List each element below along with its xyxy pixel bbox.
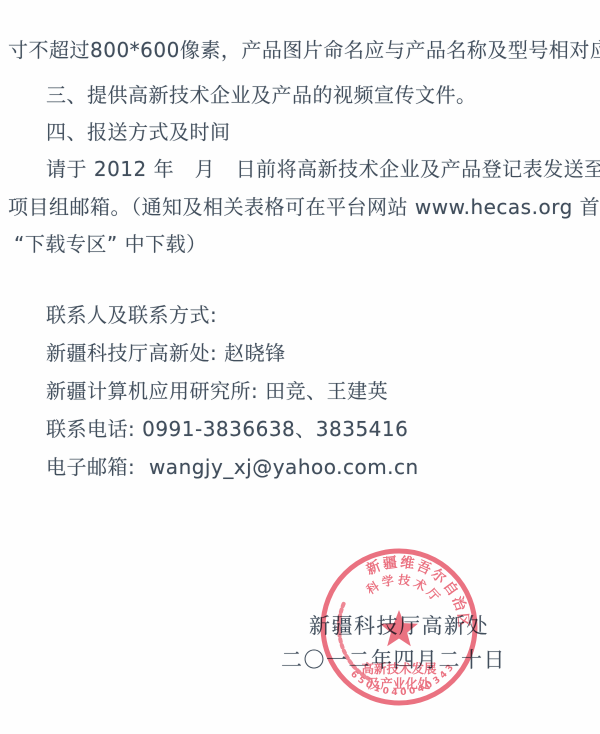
star-icon	[380, 610, 418, 646]
scanned-document-page: 寸不超过800*600像素，产品图片命名应与产品名称及型号相对应。 三、提供高新…	[0, 0, 600, 734]
contact-phone: 联系电话: 0991-3836638、3835416	[46, 417, 408, 441]
contact-email: 电子邮箱: wangjy_xj@yahoo.com.cn	[46, 455, 419, 479]
body-line: 四、报送方式及时间	[46, 120, 231, 144]
seal-department-line1: 高新技术发展	[361, 661, 437, 676]
body-line: 项目组邮箱。（通知及相关表格可在平台网站 www.hecas.org 首页	[8, 195, 600, 219]
body-line: 寸不超过800*600像素，产品图片命名应与产品名称及型号相对应。	[8, 38, 600, 62]
contact-person-1: 新疆科技厅高新处: 赵晓锋	[46, 341, 286, 365]
body-line: “下载专区” 中下载）	[14, 232, 207, 256]
body-line: 三、提供高新技术企业及产品的视频宣传文件。	[46, 83, 477, 107]
contact-heading: 联系人及联系方式:	[46, 303, 217, 327]
official-seal: 新疆维吾尔自治区 科学技术厅 高新技术发展 及产业化处 650104004034…	[314, 542, 484, 712]
body-line: 请于 2012 年 月 日前将高新技术企业及产品登记表发送至	[46, 157, 600, 181]
contact-person-2: 新疆计算机应用研究所: 田竞、王建英	[46, 379, 388, 403]
